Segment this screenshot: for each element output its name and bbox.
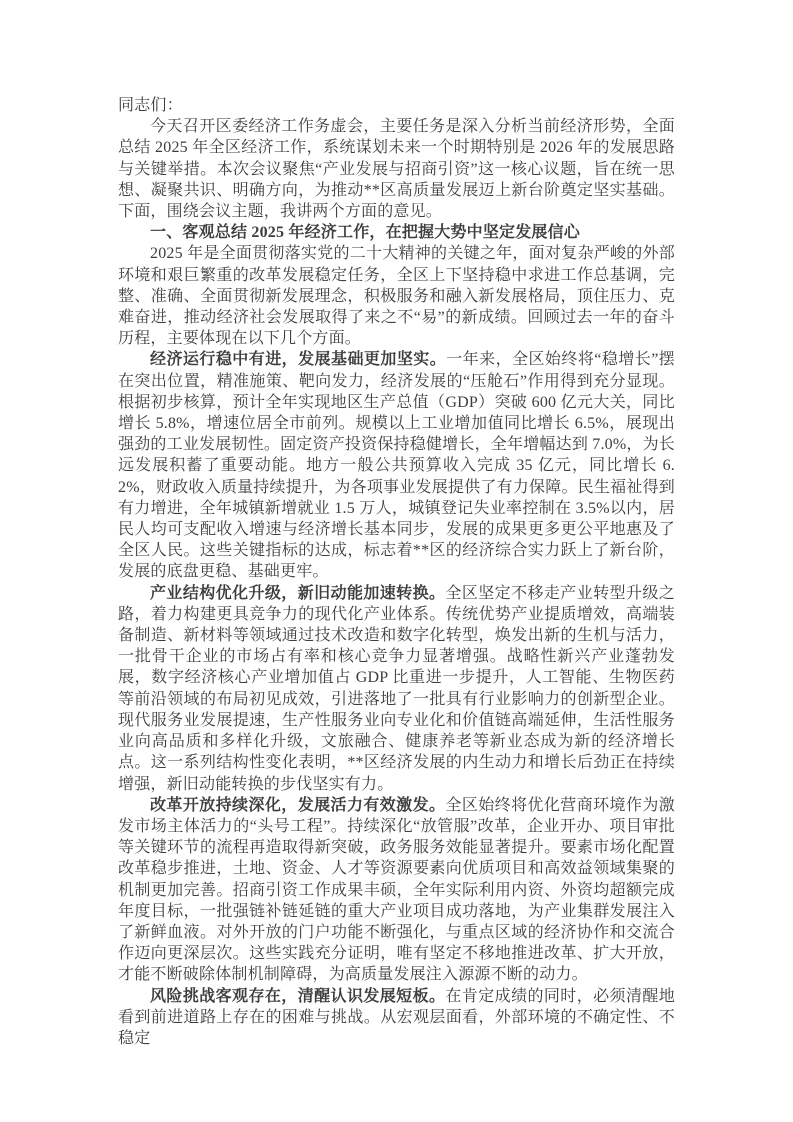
subsection-2-lead: 产业结构优化升级，新旧动能加速转换。: [150, 585, 445, 602]
subsection-paragraph-economy: 经济运行稳中有进，发展基础更加坚实。一年来，全区始终将“稳增长”摆在突出位置，精…: [118, 349, 675, 582]
document-body: 同志们： 今天召开区委经济工作务虚会，主要任务是深入分析当前经济形势，全面总结 …: [118, 95, 675, 1049]
salutation: 同志们：: [118, 95, 675, 116]
subsection-3-body: 全区始终将优化营商环境作为激发市场主体活力的“头号工程”。持续深化“放管服”改革…: [118, 797, 675, 984]
subsection-3-lead: 改革开放持续深化，发展活力有效激发。: [150, 797, 445, 814]
subsection-1-body: 一年来，全区始终将“稳增长”摆在突出位置，精准施策、靶向发力，经济发展的“压舱石…: [118, 351, 675, 580]
document-page: 同志们： 今天召开区委经济工作务虚会，主要任务是深入分析当前经济形势，全面总结 …: [0, 0, 793, 1122]
subsection-paragraph-industry: 产业结构优化升级，新旧动能加速转换。全区坚定不移走产业转型升级之路，着力构建更具…: [118, 583, 675, 795]
section-1-heading: 一、客观总结 2025 年经济工作，在把握大势中坚定发展信心: [118, 222, 675, 243]
subsection-paragraph-reform: 改革开放持续深化，发展活力有效激发。全区始终将优化营商环境作为激发市场主体活力的…: [118, 795, 675, 986]
subsection-4-lead: 风险挑战客观存在，清醒认识发展短板。: [150, 988, 445, 1005]
subsection-2-body: 全区坚定不移走产业转型升级之路，着力构建更具竞争力的现代化产业体系。传统优势产业…: [118, 585, 675, 793]
intro-paragraph: 今天召开区委经济工作务虚会，主要任务是深入分析当前经济形势，全面总结 2025 …: [118, 116, 675, 222]
section-1-intro-paragraph: 2025 年是全面贯彻落实党的二十大精神的关键之年，面对复杂严峻的外部环境和艰巨…: [118, 243, 675, 349]
subsection-paragraph-risk: 风险挑战客观存在，清醒认识发展短板。在肯定成绩的同时，必须清醒地看到前进道路上存…: [118, 986, 675, 1050]
subsection-1-lead: 经济运行稳中有进，发展基础更加坚实。: [150, 351, 446, 368]
